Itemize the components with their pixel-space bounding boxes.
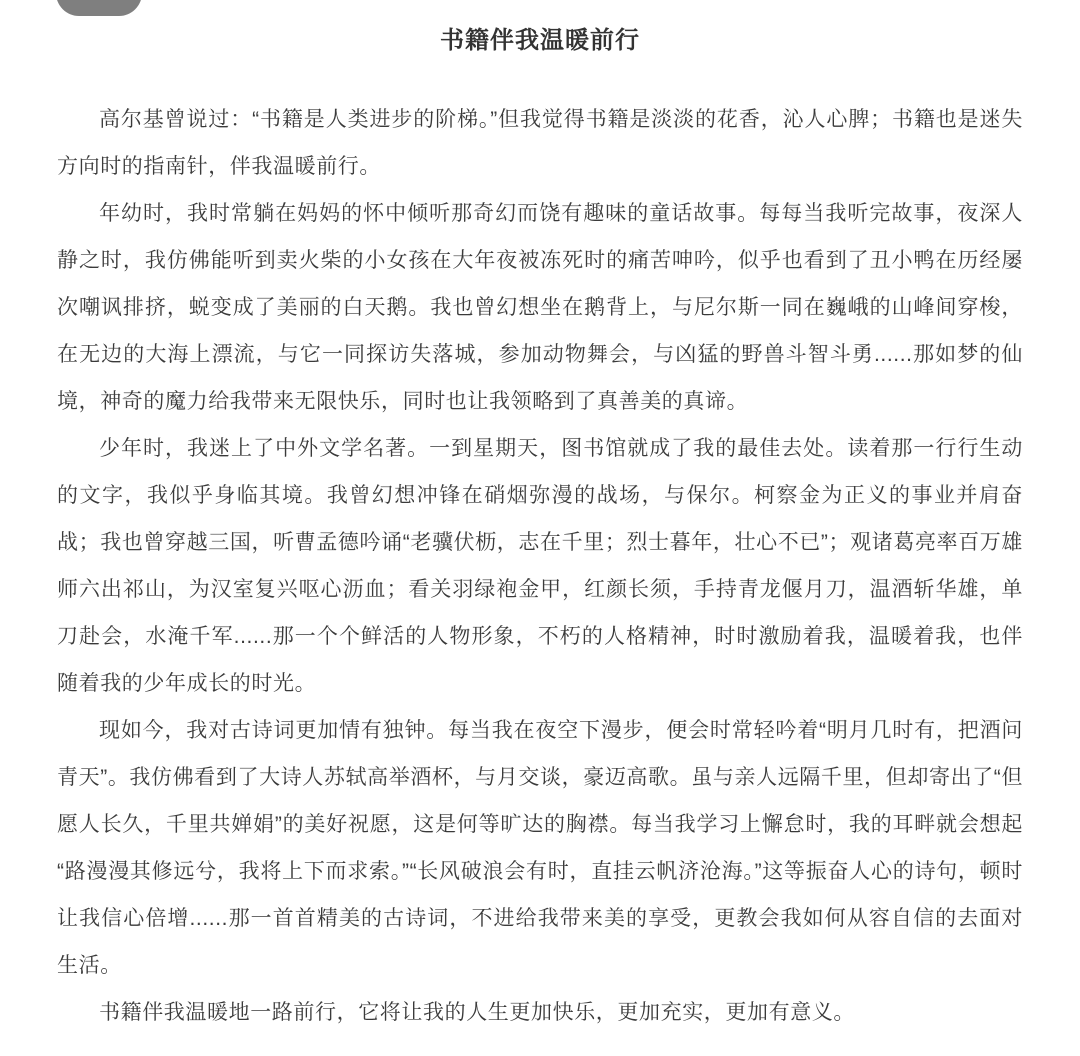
document-body: 高尔基曾说过：“书籍是人类进步的阶梯。”但我觉得书籍是淡淡的花香，沁人心脾；书籍… — [57, 96, 1023, 1036]
document-page: { "document": { "title": "书籍伴我温暖前行", "pa… — [0, 0, 1080, 1056]
paragraph: 少年时，我迷上了中外文学名著。一到星期天，图书馆就成了我的最佳去处。读着那一行行… — [57, 425, 1023, 707]
paragraph: 书籍伴我温暖地一路前行，它将让我的人生更加快乐，更加充实，更加有意义。 — [57, 989, 1023, 1036]
paragraph: 现如今，我对古诗词更加情有独钟。每当我在夜空下漫步，便会时常轻吟着“明月几时有，… — [57, 707, 1023, 989]
paragraph: 年幼时，我时常躺在妈妈的怀中倾听那奇幻而饶有趣味的童话故事。每每当我听完故事，夜… — [57, 190, 1023, 425]
paragraph: 高尔基曾说过：“书籍是人类进步的阶梯。”但我觉得书籍是淡淡的花香，沁人心脾；书籍… — [57, 96, 1023, 190]
essay-document: 书籍伴我温暖前行 高尔基曾说过：“书籍是人类进步的阶梯。”但我觉得书籍是淡淡的花… — [0, 26, 1080, 1036]
clipped-gray-shape-decoration — [56, 0, 142, 16]
document-title: 书籍伴我温暖前行 — [57, 26, 1023, 55]
